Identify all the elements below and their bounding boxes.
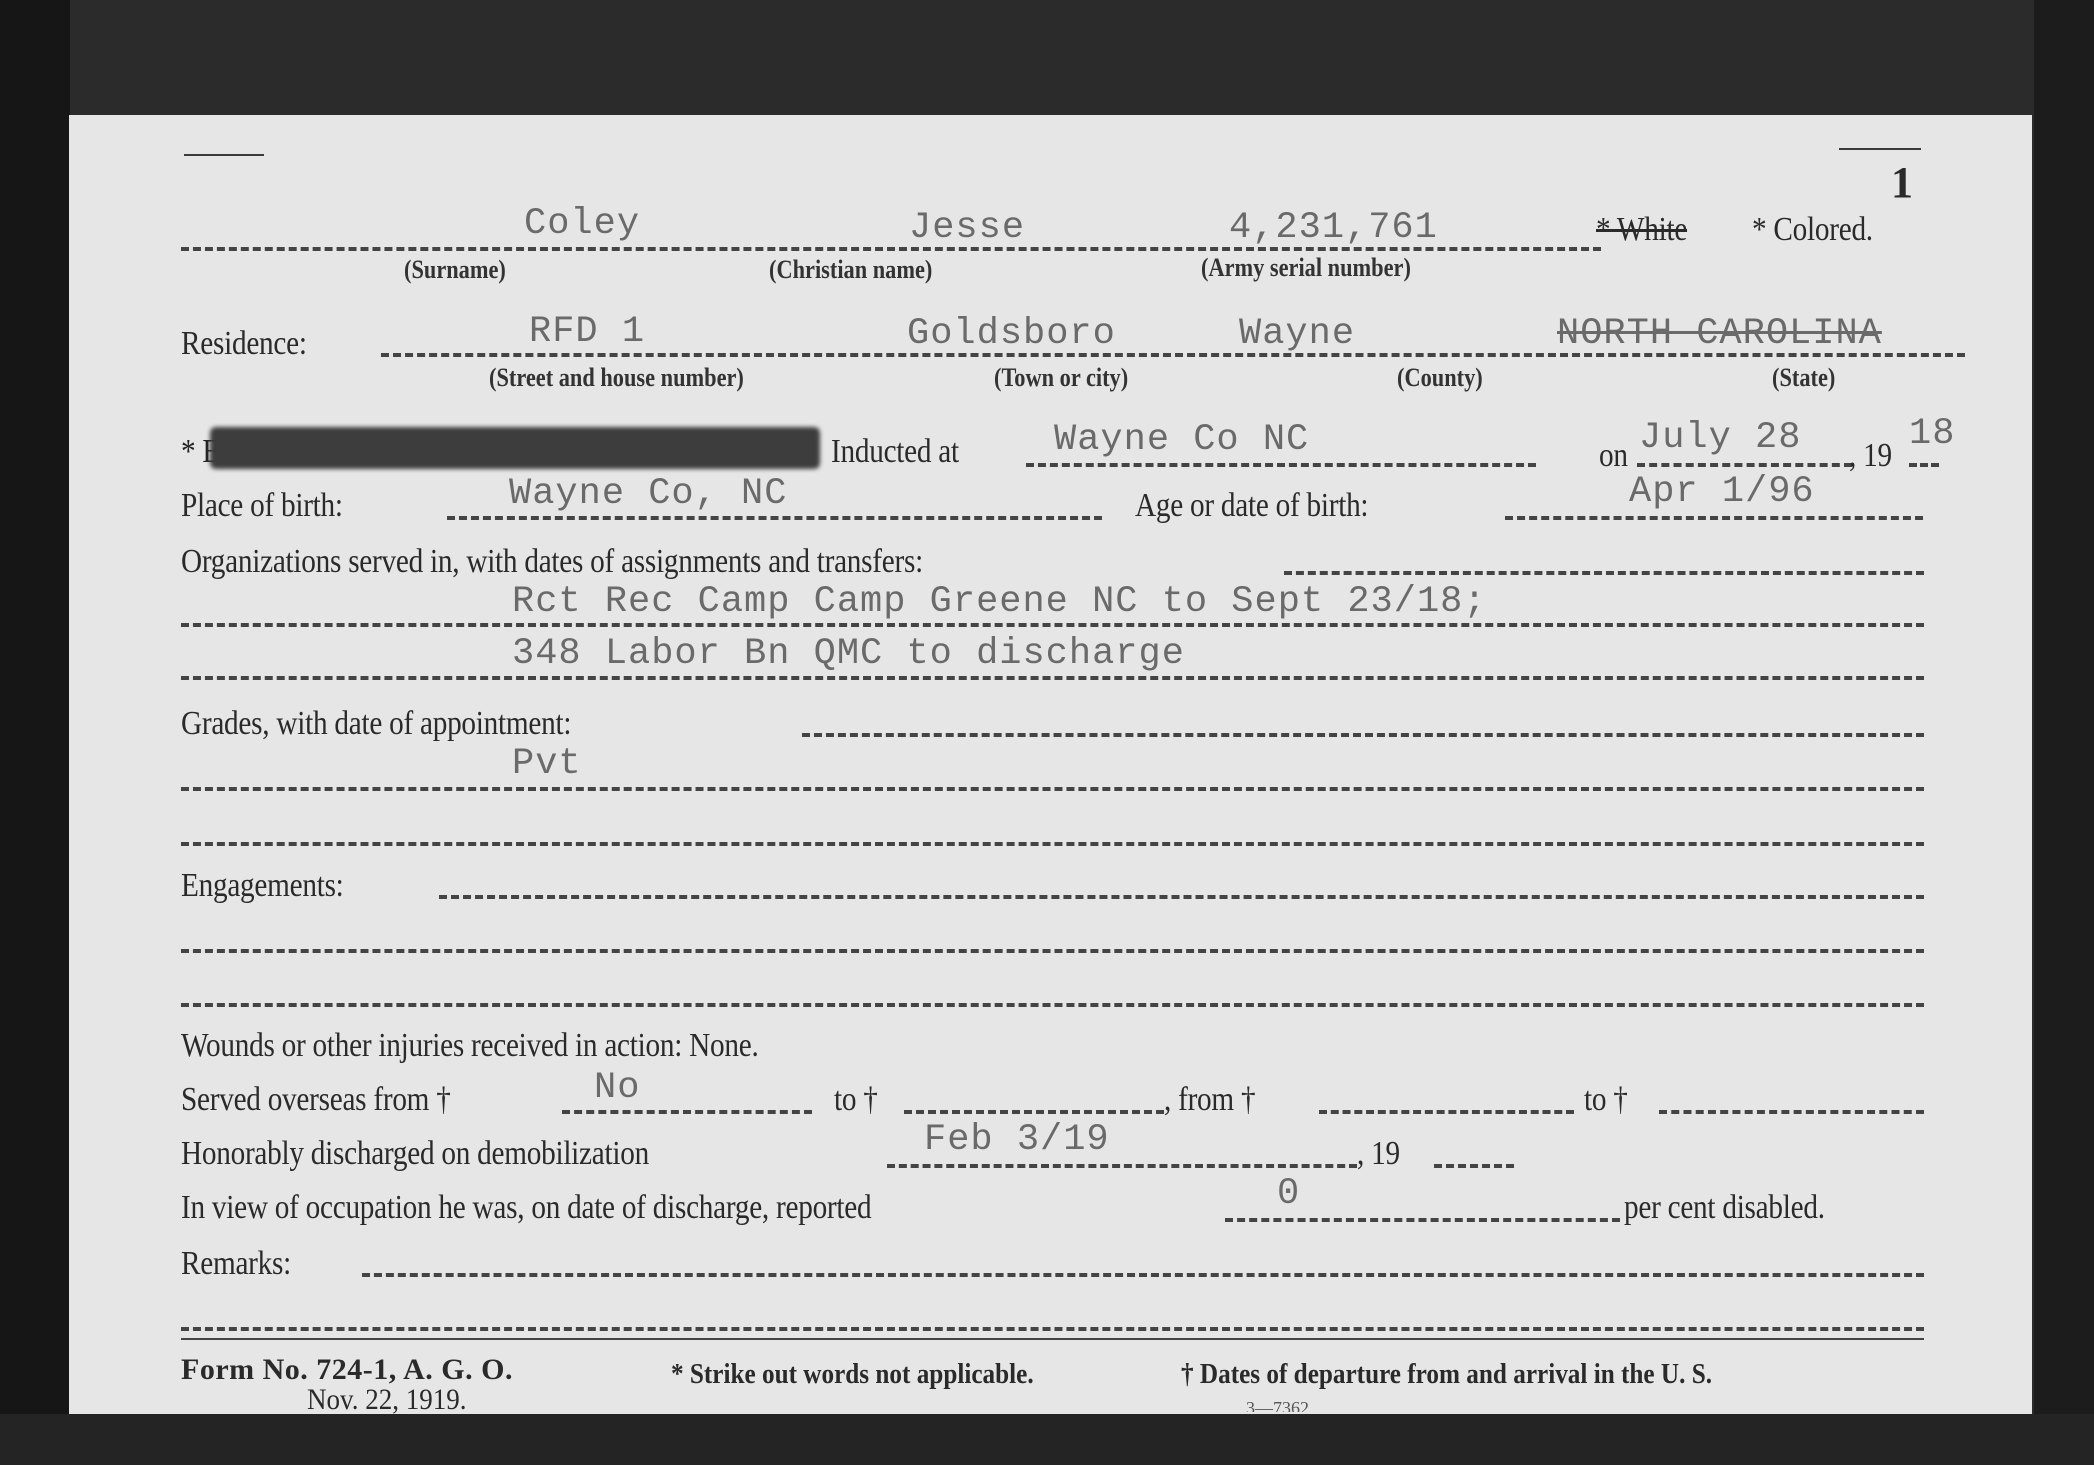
grade-entry: Pvt [512, 743, 582, 785]
town-caption: (Town or city) [994, 363, 1128, 393]
induction-year-line [1909, 463, 1939, 467]
background-right-edge [2034, 0, 2094, 1465]
residence-state-value: NORTH CAROLINA [1557, 313, 1882, 355]
organizations-line-0 [1284, 571, 1924, 575]
print-code: 3—7362 [1246, 1398, 1309, 1412]
disability-value: 0 [1277, 1173, 1300, 1215]
state-caption: (State) [1772, 363, 1835, 393]
background-left-edge [0, 0, 70, 1465]
induction-year-prefix: , 19 [1849, 437, 1892, 475]
overseas-to-line [904, 1110, 1164, 1114]
date-of-birth-value: Apr 1/96 [1629, 471, 1815, 513]
organization-entry: Rct Rec Camp Camp Greene NC to Sept 23/1… [512, 581, 1487, 623]
remarks-line-1 [181, 1327, 1924, 1331]
wounds-value: None. [689, 1027, 758, 1064]
remarks-label: Remarks: [181, 1245, 291, 1283]
overseas-from2-label: , from † [1164, 1081, 1255, 1119]
discharge-year-line [1434, 1164, 1514, 1168]
disability-line [1225, 1218, 1620, 1222]
grades-line-0 [802, 733, 1924, 737]
service-record-card: 1 Coley Jesse 4,231,761 * White * Colore… [69, 115, 2032, 1414]
induction-date-line [1637, 463, 1852, 467]
christian-name-value: Jesse [909, 207, 1025, 249]
race-colored-label: * Colored. [1752, 211, 1873, 249]
overseas-from2-line [1319, 1110, 1574, 1114]
surname-caption: (Surname) [404, 255, 506, 285]
engagements-label: Engagements: [181, 867, 344, 905]
overseas-from-line [562, 1110, 812, 1114]
organizations-line-2 [181, 676, 1924, 680]
discharge-date-line [887, 1164, 1357, 1168]
date-of-birth-label: Age or date of birth: [1135, 487, 1368, 525]
remarks-line-0 [362, 1273, 1924, 1277]
disability-label: In view of occupation he was, on date of… [181, 1189, 871, 1227]
surname-value: Coley [524, 203, 640, 245]
place-of-birth-line [447, 516, 1102, 520]
race-white-label: * White [1596, 211, 1687, 249]
overseas-to2-label: to † [1584, 1081, 1628, 1119]
on-label: on [1599, 437, 1628, 475]
footnote-dates: † Dates of departure from and arrival in… [1181, 1359, 1712, 1391]
inducted-at-label: Inducted at [831, 433, 959, 471]
inducted-at-line [1026, 463, 1536, 467]
organization-entry: 348 Labor Bn QMC to discharge [512, 633, 1185, 675]
christian-name-caption: (Christian name) [769, 255, 932, 285]
date-of-birth-line [1505, 516, 1923, 520]
residence-street-value: RFD 1 [529, 311, 645, 353]
organizations-label: Organizations served in, with dates of a… [181, 543, 923, 581]
residence-town-value: Goldsboro [907, 313, 1116, 355]
overseas-from-value: No [594, 1067, 640, 1109]
overseas-to2-line [1659, 1110, 1924, 1114]
discharge-date-value: Feb 3/19 [924, 1119, 1110, 1161]
form-number: Form No. 724-1, A. G. O. [181, 1353, 513, 1387]
corner-mark-right [1839, 148, 1921, 150]
footer-divider [181, 1338, 1924, 1340]
organizations-line-1 [181, 623, 1924, 627]
served-overseas-label: Served overseas from † [181, 1081, 451, 1119]
place-of-birth-value: Wayne Co, NC [509, 473, 787, 515]
redaction-strike-mark [210, 427, 820, 469]
page-number: 1 [1891, 157, 1913, 208]
residence-county-value: Wayne [1239, 313, 1355, 355]
corner-mark-left [184, 154, 264, 156]
discharge-label: Honorably discharged on demobilization [181, 1135, 649, 1173]
form-date: Nov. 22, 1919. [307, 1383, 466, 1417]
grades-line-1 [181, 787, 1924, 791]
engagements-line-1 [181, 949, 1924, 953]
grades-label: Grades, with date of appointment: [181, 705, 571, 743]
street-caption: (Street and house number) [489, 363, 744, 393]
induction-year-value: 18 [1909, 413, 1955, 455]
footnote-strike-out: * Strike out words not applicable. [671, 1359, 1034, 1391]
engagements-line-2 [181, 1003, 1924, 1007]
engagements-line-0 [439, 895, 1924, 899]
background-bottom-edge [0, 1414, 2094, 1465]
serial-number-caption: (Army serial number) [1201, 253, 1411, 283]
residence-label: Residence: [181, 325, 307, 363]
place-of-birth-label: Place of birth: [181, 487, 343, 525]
county-caption: (County) [1397, 363, 1483, 393]
induction-date-value: July 28 [1639, 417, 1801, 459]
army-serial-number-value: 4,231,761 [1229, 207, 1438, 249]
grades-line-2 [181, 842, 1924, 846]
overseas-to-label: to † [834, 1081, 878, 1119]
discharge-year-prefix: , 19 [1357, 1135, 1400, 1173]
wounds-label: Wounds or other injuries received in act… [181, 1027, 759, 1065]
disability-suffix: per cent disabled. [1624, 1189, 1825, 1227]
inducted-at-value: Wayne Co NC [1054, 419, 1309, 461]
